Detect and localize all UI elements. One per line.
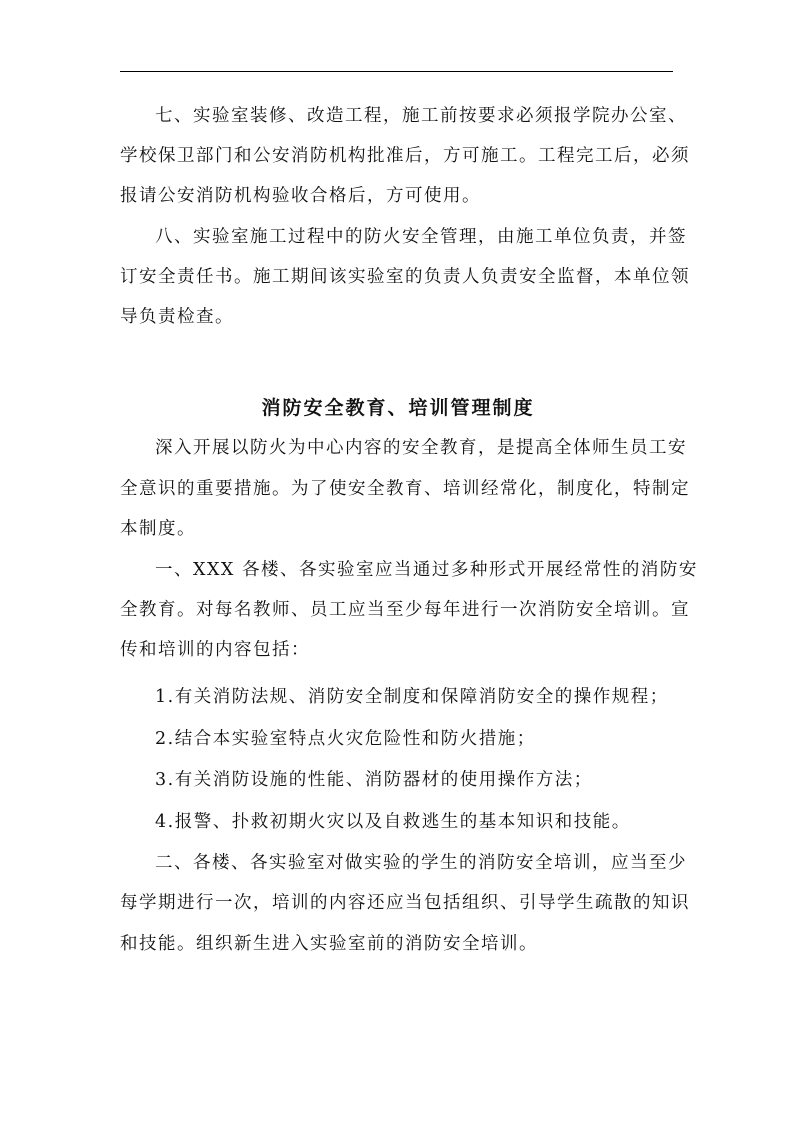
text-line: 八、实验室施工过程中的防火安全管理，由施工单位负责，并签 (120, 225, 676, 249)
text-line: 本制度。 (120, 517, 676, 541)
list-item: 1.有关消防法规、消防安全制度和保障消防安全的操作规程； (120, 685, 676, 709)
text-line: 七、实验室装修、改造工程，施工前按要求必须报学院办公室、 (120, 104, 676, 128)
text-line: 全教育。对每名教师、员工应当至少每年进行一次消防安全培训。宣 (120, 598, 676, 622)
text-line: 报请公安消防机构验收合格后，方可使用。 (120, 184, 676, 208)
section-title: 消防安全教育、培训管理制度 (120, 395, 676, 421)
text-line: 订安全责任书。施工期间该实验室的负责人负责安全监督，本单位领 (120, 265, 676, 289)
list-item: 3.有关消防设施的性能、消防器材的使用操作方法； (120, 768, 676, 792)
text-line: 每学期进行一次，培训的内容还应当包括组织、引导学生疏散的知识 (120, 891, 676, 915)
text-line: 一、XXX 各楼、各实验室应当通过多种形式开展经常性的消防安 (120, 558, 676, 582)
text-line: 二、各楼、各实验室对做实验的学生的消防安全培训，应当至少 (120, 851, 676, 875)
text-line: 和技能。组织新生进入实验室前的消防安全培训。 (120, 932, 676, 956)
list-item: 4.报警、扑救初期火灾以及自救逃生的基本知识和技能。 (120, 810, 676, 834)
text-line: 导负责检查。 (120, 305, 676, 329)
text-line: 学校保卫部门和公安消防机构批准后，方可施工。工程完工后，必须 (120, 144, 676, 168)
text-line: 传和培训的内容包括： (120, 638, 676, 662)
text-line: 全意识的重要措施。为了使安全教育、培训经常化，制度化，特制定 (120, 477, 676, 501)
list-item: 2.结合本实验室特点火灾危险性和防火措施； (120, 727, 676, 751)
header-rule (120, 71, 673, 72)
text-line: 深入开展以防火为中心内容的安全教育，是提高全体师生员工安 (120, 436, 676, 460)
